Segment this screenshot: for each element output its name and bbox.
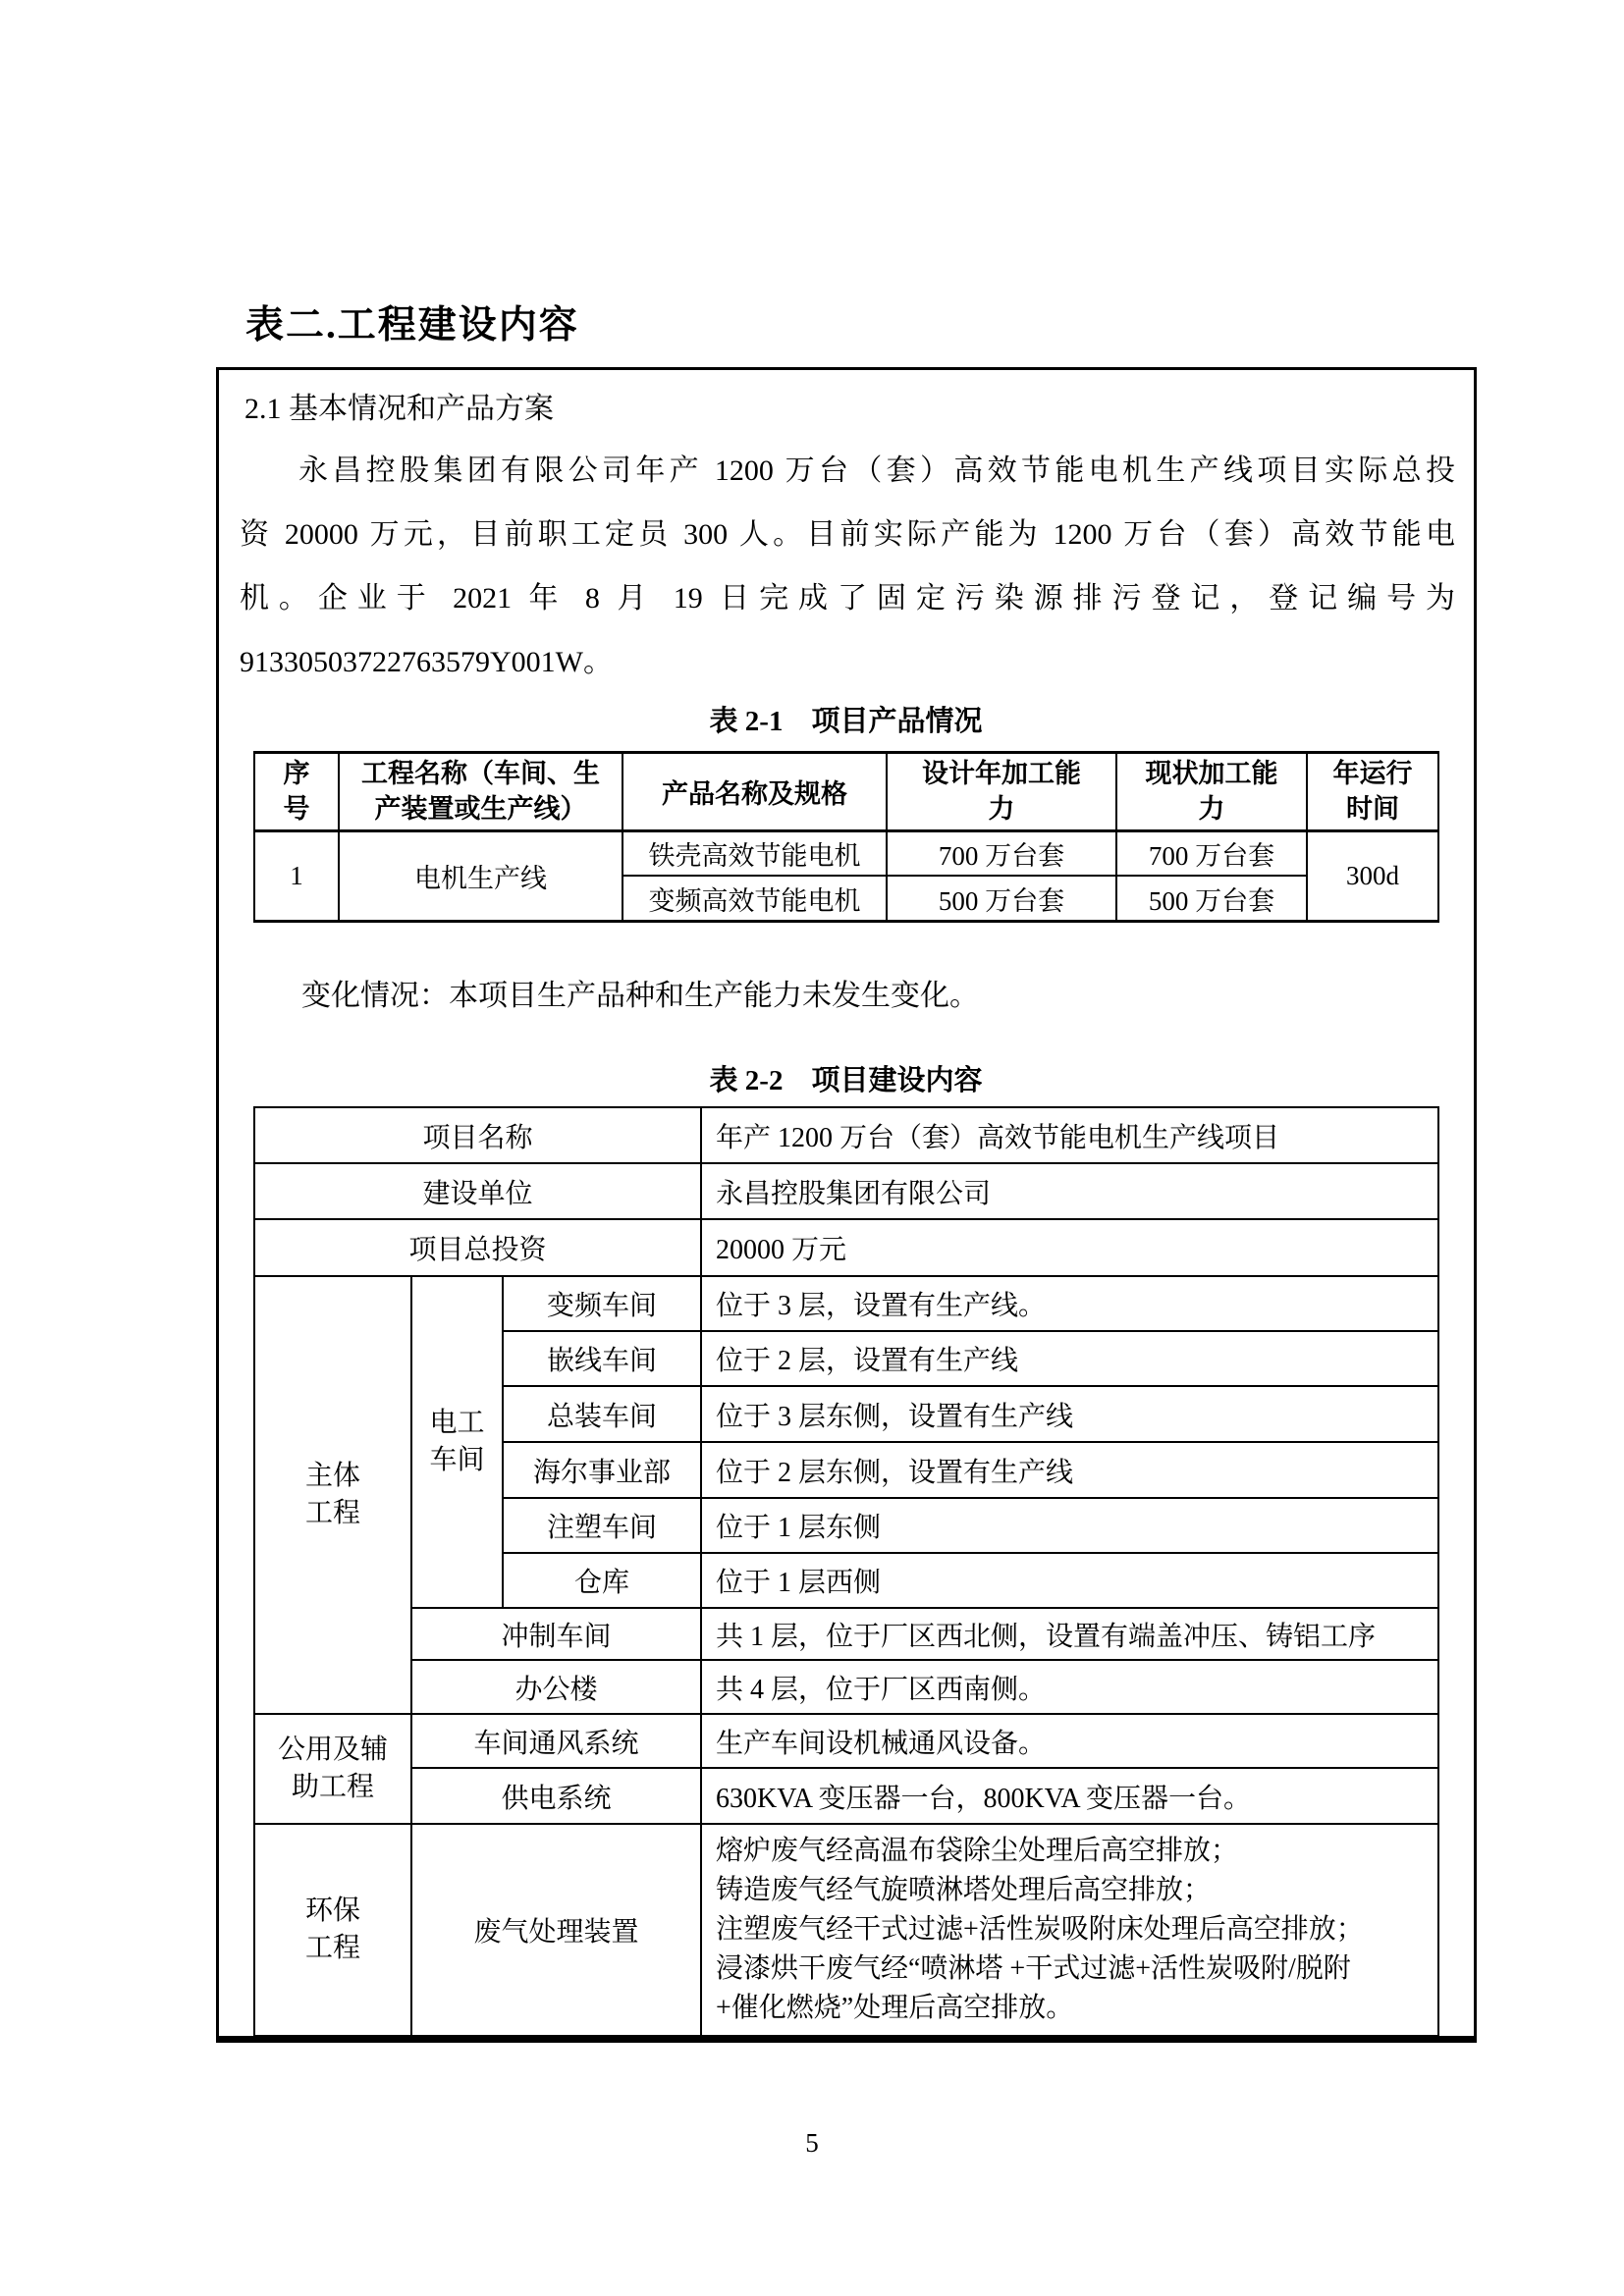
cell-line-name: 电机生产线	[339, 830, 623, 922]
env-desc-line: 熔炉废气经高温布袋除尘处理后高空排放；	[716, 1832, 1434, 1871]
content-box: 2.1 基本情况和产品方案 永昌控股集团有限公司年产 1200 万台（套）高效节…	[216, 367, 1477, 2043]
header-current-capacity: 现状加工能 力	[1116, 753, 1307, 831]
cell-value: 永昌控股集团有限公司	[701, 1163, 1438, 1219]
cell-workshop-name: 办公楼	[411, 1660, 701, 1714]
header-design-capacity: 设计年加工能 力	[887, 753, 1116, 831]
cell-workshop-desc: 位于 3 层，设置有生产线。	[701, 1276, 1438, 1331]
table1-caption: 表 2-1 项目产品情况	[219, 700, 1473, 743]
cell-row-no: 1	[254, 830, 339, 922]
cell-workshop-desc: 共 4 层，位于厂区西南侧。	[701, 1660, 1438, 1714]
cell-workshop-desc: 位于 3 层东侧，设置有生产线	[701, 1386, 1438, 1442]
cell-design-capacity: 500 万台套	[887, 876, 1116, 922]
cell-current-capacity: 700 万台套	[1116, 830, 1307, 876]
table-row: 项目名称 年产 1200 万台（套）高效节能电机生产线项目	[254, 1107, 1438, 1163]
cell-group-main: 主体 工程	[254, 1276, 411, 1714]
change-note: 变化情况：本项目生产品种和生产能力未发生变化。	[243, 971, 979, 1014]
table-row: 1 电机生产线 铁壳高效节能电机 700 万台套 700 万台套 300d	[254, 830, 1438, 876]
table-row: 建设单位 永昌控股集团有限公司	[254, 1163, 1438, 1219]
table-row: 供电系统 630KVA 变压器一台，800KVA 变压器一台。	[254, 1768, 1438, 1824]
env-desc-line: 铸造废气经气旋喷淋塔处理后高空排放；	[716, 1871, 1434, 1910]
cell-workshop-name: 仓库	[503, 1553, 701, 1608]
cell-running-time: 300d	[1307, 830, 1438, 922]
header-project-name: 工程名称（车间、生 产装置或生产线）	[339, 753, 623, 831]
cell-env-desc: 熔炉废气经高温布袋除尘处理后高空排放； 铸造废气经气旋喷淋塔处理后高空排放； 注…	[701, 1824, 1438, 2036]
cell-workshop-name: 总装车间	[503, 1386, 701, 1442]
cell-env-device-name: 废气处理装置	[411, 1824, 701, 2036]
env-desc-line: 注塑废气经干式过滤+活性炭吸附床处理后高空排放；	[716, 1910, 1434, 1949]
table-header-row: 序 号 工程名称（车间、生 产装置或生产线） 产品名称及规格 设计年加工能 力 …	[254, 753, 1438, 831]
paragraph-line: 机。企业于 2021 年 8 月 19 日完成了固定污染源排污登记，登记编号为	[240, 566, 1455, 630]
paragraph-line: 永昌控股集团有限公司年产 1200 万台（套）高效节能电机生产线项目实际总投	[240, 439, 1455, 503]
cell-design-capacity: 700 万台套	[887, 830, 1116, 876]
cell-electric-workshop: 电工 车间	[411, 1276, 503, 1608]
cell-workshop-desc: 共 1 层，位于厂区西北侧，设置有端盖冲压、铸铝工序	[701, 1608, 1438, 1660]
cell-workshop-desc: 位于 1 层西侧	[701, 1553, 1438, 1608]
page-number: 5	[0, 2128, 1624, 2159]
cell-current-capacity: 500 万台套	[1116, 876, 1307, 922]
product-table: 序 号 工程名称（车间、生 产装置或生产线） 产品名称及规格 设计年加工能 力 …	[253, 751, 1439, 923]
cell-group-env: 环保 工程	[254, 1824, 411, 2036]
cell-system-desc: 630KVA 变压器一台，800KVA 变压器一台。	[701, 1768, 1438, 1824]
cell-workshop-name: 变频车间	[503, 1276, 701, 1331]
cell-workshop-desc: 位于 1 层东侧	[701, 1498, 1438, 1553]
cell-system-desc: 生产车间设机械通风设备。	[701, 1714, 1438, 1768]
cell-product-name: 变频高效节能电机	[623, 876, 887, 922]
env-desc-line: +催化燃烧”处理后高空排放。	[716, 1989, 1434, 2028]
cell-system-name: 车间通风系统	[411, 1714, 701, 1768]
table-row: 冲制车间 共 1 层，位于厂区西北侧，设置有端盖冲压、铸铝工序	[254, 1608, 1438, 1660]
cell-product-name: 铁壳高效节能电机	[623, 830, 887, 876]
cell-workshop-name: 冲制车间	[411, 1608, 701, 1660]
section-heading: 2.1 基本情况和产品方案	[244, 384, 554, 427]
cell-workshop-name: 海尔事业部	[503, 1442, 701, 1498]
cell-workshop-name: 嵌线车间	[503, 1331, 701, 1386]
table-row: 主体 工程 电工 车间 变频车间 位于 3 层，设置有生产线。	[254, 1276, 1438, 1331]
cell-workshop-desc: 位于 2 层东侧，设置有生产线	[701, 1442, 1438, 1498]
intro-paragraph: 永昌控股集团有限公司年产 1200 万台（套）高效节能电机生产线项目实际总投 资…	[240, 439, 1455, 694]
cell-value: 年产 1200 万台（套）高效节能电机生产线项目	[701, 1107, 1438, 1163]
header-no: 序 号	[254, 753, 339, 831]
cell-system-name: 供电系统	[411, 1768, 701, 1824]
document-page: 表二.工程建设内容 2.1 基本情况和产品方案 永昌控股集团有限公司年产 120…	[0, 0, 1624, 2296]
paragraph-line: 91330503722763579Y001W。	[240, 630, 1455, 694]
cell-label: 项目名称	[254, 1107, 701, 1163]
env-desc-line: 浸漆烘干废气经“喷淋塔 +干式过滤+活性炭吸附/脱附	[716, 1949, 1434, 1989]
paragraph-line: 资 20000 万元，目前职工定员 300 人。目前实际产能为 1200 万台（…	[240, 503, 1455, 566]
table2-caption: 表 2-2 项目建设内容	[219, 1059, 1473, 1102]
cell-workshop-desc: 位于 2 层，设置有生产线	[701, 1331, 1438, 1386]
table-row: 公用及辅 助工程 车间通风系统 生产车间设机械通风设备。	[254, 1714, 1438, 1768]
construction-table: 项目名称 年产 1200 万台（套）高效节能电机生产线项目 建设单位 永昌控股集…	[253, 1106, 1439, 2037]
cell-label: 项目总投资	[254, 1219, 701, 1276]
table-row: 办公楼 共 4 层，位于厂区西南侧。	[254, 1660, 1438, 1714]
cell-group-utility: 公用及辅 助工程	[254, 1714, 411, 1824]
header-running-time: 年运行 时间	[1307, 753, 1438, 831]
cell-label: 建设单位	[254, 1163, 701, 1219]
cell-workshop-name: 注塑车间	[503, 1498, 701, 1553]
document-title: 表二.工程建设内容	[245, 294, 579, 349]
header-product-name: 产品名称及规格	[623, 753, 887, 831]
table-row: 环保 工程 废气处理装置 熔炉废气经高温布袋除尘处理后高空排放； 铸造废气经气旋…	[254, 1824, 1438, 2036]
table-row: 项目总投资 20000 万元	[254, 1219, 1438, 1276]
cell-value: 20000 万元	[701, 1219, 1438, 1276]
